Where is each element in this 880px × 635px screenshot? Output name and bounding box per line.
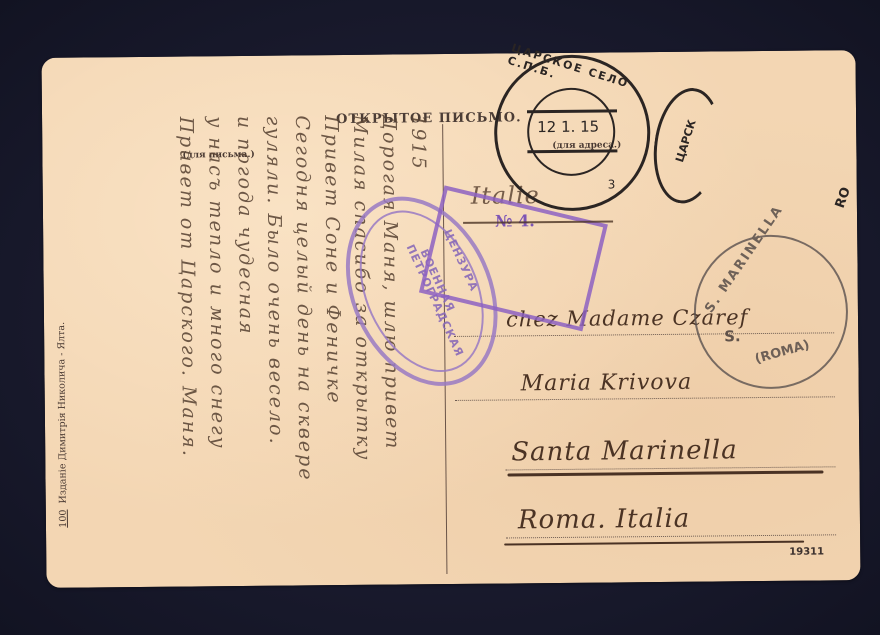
publisher-imprint: 100 Изданіе Димитрія Николича - Ялта. <box>56 322 69 528</box>
tsarskoe-selo-postmark-partial: ЦАРСК <box>647 84 727 208</box>
serial-number: 19311 <box>789 546 824 557</box>
message-line: гуляли. Было очень весело. <box>258 116 291 576</box>
address-underline <box>507 470 823 476</box>
postmark-partial-text: ЦАРСК <box>673 118 699 164</box>
message-line: Привет от Царского. Маня. <box>171 116 204 576</box>
message-line: Привет Соне и Феничке <box>316 115 349 575</box>
postmark-prefix: S. <box>724 327 741 345</box>
address-line-3: Santa Marinella <box>511 435 738 467</box>
message-line: Сегодня целый день на сквере <box>287 115 320 575</box>
santa-marinella-postmark: S. MARINELLA S. (ROMA) <box>693 234 848 389</box>
address-line-2: Maria Krivova <box>521 370 693 397</box>
message-line: и погода чудесная <box>229 116 262 576</box>
edge-postmark-partial: RO <box>833 185 854 210</box>
postmark-series: 3 <box>608 177 616 191</box>
address-underline <box>504 541 804 546</box>
postmark-town: S. MARINELLA <box>702 203 786 316</box>
tsarskoe-selo-postmark: 12 1. 15 ЦАРСКОЕ СЕЛО С.П.Б. 3 <box>493 54 650 211</box>
publisher-name: Изданіе Димитрія Николича - Ялта. <box>56 322 69 504</box>
postcard: ОТКРЫТОЕ ПИСЬМО. (для письма.) (для адре… <box>41 50 860 588</box>
postmark-province: (ROMA) <box>753 338 811 367</box>
postmark-date: 12 1. 15 <box>537 118 599 137</box>
address-rule <box>455 396 835 401</box>
address-line-4: Roma. Italia <box>518 504 691 536</box>
message-line: у насъ тепло и много снегу <box>200 116 233 576</box>
publisher-number: 100 <box>58 510 69 528</box>
